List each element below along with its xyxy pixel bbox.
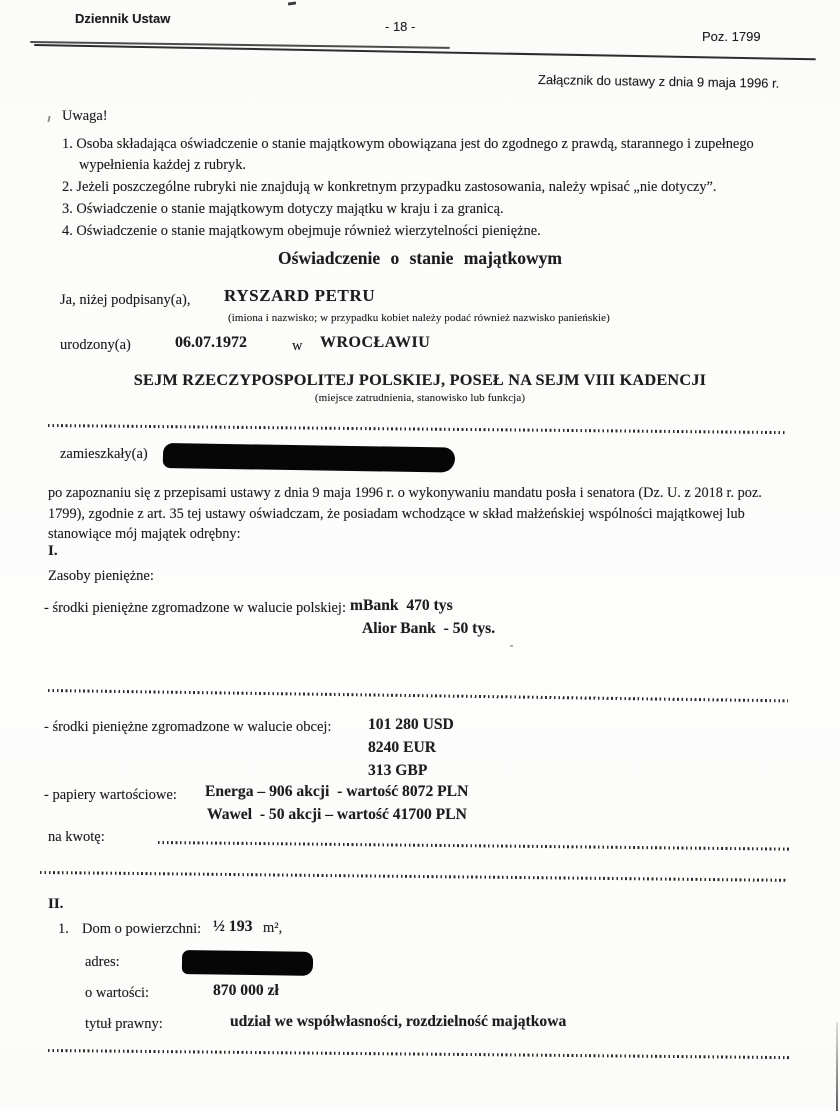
- page-number: - 18 -: [385, 19, 455, 34]
- dotted-line: [48, 424, 786, 434]
- scan-speck: [47, 116, 50, 122]
- notice-title: Uwaga!: [62, 106, 804, 127]
- position-number: Poz. 1799: [702, 29, 761, 44]
- legal-title-value: udział we współwłasności, rozdzielność m…: [230, 1013, 566, 1031]
- redaction-bar-address: [163, 443, 456, 473]
- form-title: Oświadczenie o stanie majątkowym: [0, 248, 840, 269]
- journal-title: Dziennik Ustaw: [75, 11, 170, 26]
- scan-speck: [288, 1, 296, 5]
- legal-title-label: tytuł prawny:: [85, 1016, 163, 1033]
- section1-number: I.: [48, 543, 58, 560]
- house-label: Dom o powierzchni:: [82, 921, 201, 938]
- scan-edge-artifact: [836, 1022, 839, 1111]
- section1-title: Zasoby pieniężne:: [48, 568, 154, 585]
- born-in-label: w: [292, 338, 302, 355]
- house-value: 870 000 zł: [213, 982, 279, 1000]
- employment-line: SEJM RZECZYPOSPOLITEJ POLSKIEJ, POSEŁ NA…: [0, 370, 840, 390]
- value-label: o wartości:: [85, 985, 149, 1002]
- born-label: urodzony(a): [60, 337, 131, 354]
- dotted-line: [40, 871, 788, 882]
- house-item-number: 1.: [58, 921, 69, 938]
- address-label: adres:: [85, 954, 120, 971]
- dotted-leader: [158, 841, 790, 851]
- securities-label: - papiery wartościowe:: [44, 787, 177, 804]
- notice-block: Uwaga! 1. Osoba składająca oświadczenie …: [62, 106, 804, 243]
- dotted-line: [48, 1049, 790, 1059]
- dotted-line: [48, 689, 788, 702]
- house-area-unit: m²,: [263, 920, 282, 937]
- birth-place: WROCŁAWIU: [320, 334, 430, 352]
- fx-funds-label: - środki pieniężne zgromadzone w walucie…: [44, 719, 331, 736]
- pln-funds-value: mBank 470 tys: [350, 597, 453, 615]
- residence-label: zamieszkały(a): [60, 446, 148, 463]
- birth-date: 06.07.1972: [175, 334, 247, 352]
- notice-item: 3. Oświadczenie o stanie majątkowym doty…: [62, 199, 804, 220]
- notice-item: 4. Oświadczenie o stanie majątkowym obej…: [62, 221, 804, 242]
- attachment-note: Załącznik do ustawy z dnia 9 maja 1996 r…: [538, 72, 780, 91]
- fx-funds-value: 101 280 USD: [368, 716, 454, 734]
- fx-funds-value: 313 GBP: [368, 762, 427, 780]
- name-hint: (imiona i nazwisko; w przypadku kobiet n…: [228, 312, 610, 324]
- pln-funds-value: Alior Bank - 50 tys.: [362, 620, 495, 638]
- redaction-bar-house-address: [182, 950, 313, 976]
- house-area-value: ½ 193: [213, 918, 253, 936]
- employment-hint: (miejsce zatrudnienia, stanowisko lub fu…: [0, 392, 840, 404]
- scan-speck: [510, 645, 513, 647]
- fx-funds-value: 8240 EUR: [368, 739, 436, 757]
- securities-value: Wawel - 50 akcji – wartość 41700 PLN: [207, 806, 467, 824]
- scanned-document-page: Dziennik Ustaw - 18 - Poz. 1799 Załączni…: [0, 0, 840, 1111]
- intro-label: Ja, niżej podpisany(a),: [60, 292, 190, 309]
- notice-item: 2. Jeżeli poszczególne rubryki nie znajd…: [62, 177, 804, 198]
- pln-funds-label: - środki pieniężne zgromadzone w walucie…: [44, 600, 346, 617]
- securities-value: Energa – 906 akcji - wartość 8072 PLN: [205, 783, 468, 801]
- amount-label: na kwotę:: [48, 829, 105, 846]
- section2-number: II.: [48, 896, 63, 913]
- declarant-name: RYSZARD PETRU: [224, 286, 375, 306]
- notice-item: 1. Osoba składająca oświadczenie o stani…: [62, 134, 804, 176]
- legal-clause: po zapoznaniu się z przepisami ustawy z …: [48, 483, 800, 545]
